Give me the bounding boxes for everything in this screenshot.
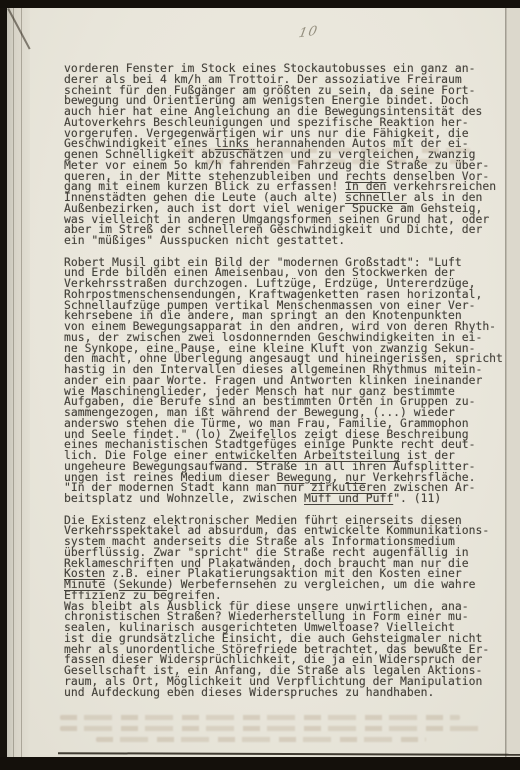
show-through-ghost-text [96,737,426,742]
scan-border-top [0,0,520,8]
show-through-ghost-text [60,715,460,720]
scan-border-bottom [0,757,520,770]
paragraph: Robert Musil gibt ein Bild der "modernen… [64,257,508,504]
text-line: ein "müßiges" Ausspucken nicht gestattet… [64,235,508,246]
paragraph: Die Existenz elektronischer Medien führt… [64,515,508,698]
paragraph: vorderen Fenster im Stock eines Stockaut… [64,63,508,246]
scanned-book-page-photo: { "page": { "number": "10", "paragraphs"… [0,0,520,770]
page-edge-line [21,8,22,757]
underlined-text: Muff und Puff [304,491,393,505]
text-line: beitsplatz und Wohnzelle, zwischen Muff … [64,493,508,504]
page-left-edge [7,8,30,757]
text-block: vorderen Fenster im Stock eines Stockaut… [64,63,508,697]
page-edge-line [13,8,14,757]
text-line: und Aufdeckung eben dieses Widerspruches… [64,687,508,698]
show-through-ghost-text [60,726,484,731]
